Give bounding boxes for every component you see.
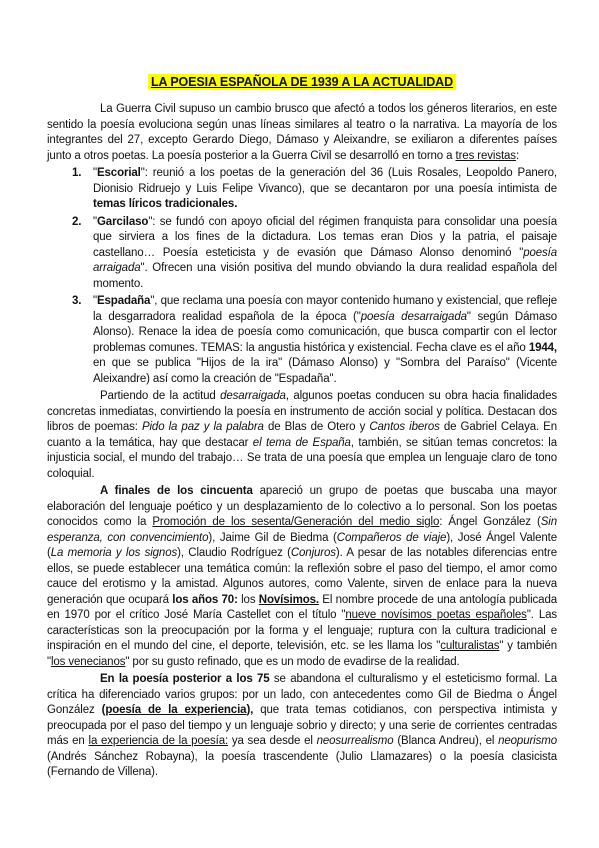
paragraph: Partiendo de la actitud desarraigada, al… [47, 389, 557, 482]
text-run: ), Jaime Gil de Biedma ( [208, 532, 336, 544]
text-run: Promoción de los sesenta/Generación del … [152, 516, 439, 528]
text-run: Compañeros de viaje [337, 532, 447, 544]
paragraph: A finales de los cincuenta apareció un g… [47, 484, 557, 670]
list-number: 3. [72, 294, 81, 310]
list-item: 3."Espadaña", que reclama una poesía con… [47, 294, 557, 387]
text-run: Partiendo de la actitud [100, 390, 220, 402]
document-title: LA POESIA ESPAÑOLA DE 1939 A LA ACTUALID… [47, 74, 557, 90]
text-run: ": se fundó con apoyo oficial del régime… [93, 216, 557, 259]
list-item: 2."Garcilaso": se fundó con apoyo oficia… [47, 215, 557, 293]
text-run: : Ángel González ( [439, 516, 541, 528]
document-body: La Guerra Civil supuso un cambio brusco … [47, 102, 557, 781]
text-run: desarraigada [220, 390, 286, 402]
text-run: los venecianos [51, 656, 125, 668]
text-run: Novísimos. [259, 594, 319, 606]
text-run: el tema de España [253, 437, 351, 449]
document-content: LA POESIA ESPAÑOLA DE 1939 A LA ACTUALID… [47, 74, 557, 783]
text-run: En la poesía posterior a los 75 [100, 673, 270, 685]
text-run: nueve novísimos poetas españoles [345, 609, 526, 621]
text-run: tres revistas [456, 150, 516, 162]
list-number: 1. [72, 166, 81, 182]
text-run: de Blas de Otero y [264, 421, 370, 433]
document-page: LA POESIA ESPAÑOLA DE 1939 A LA ACTUALID… [0, 0, 599, 848]
text-run: (Blanca Andreu), el [394, 735, 499, 747]
text-run: Espadaña [97, 295, 150, 307]
text-run: La memoria y los signos [51, 547, 177, 559]
text-run: " por su gusto refinado, que es un modo … [125, 656, 459, 668]
text-run: ya sea desde el [228, 735, 317, 747]
text-run: Conjuros [291, 547, 336, 559]
document-title-text: LA POESIA ESPAÑOLA DE 1939 A LA ACTUALID… [148, 74, 456, 90]
text-run: culturalistas [440, 640, 499, 652]
text-run: (Andrés Sánchez Robayna), la poesía tras… [47, 751, 557, 779]
text-run: neosurrealismo [317, 735, 394, 747]
list-item: 1."Escorial": reunió a los poetas de la … [47, 166, 557, 213]
text-run: ". Ofrecen una visión positiva del mundo… [93, 262, 557, 290]
paragraph: En la poesía posterior a los 75 se aband… [47, 672, 557, 781]
text-run: 1944, [529, 342, 557, 354]
text-run: : [516, 150, 519, 162]
text-run: los años 70: [172, 594, 238, 606]
text-run: Cantos iberos [369, 421, 439, 433]
text-run: la experiencia de la poesía: [89, 735, 229, 747]
text-run: Escorial [97, 167, 141, 179]
text-run: A finales de los cincuenta [100, 485, 253, 497]
text-run: poesía de la experiencia [105, 704, 246, 716]
text-run: Pido la paz y la palabra [142, 421, 264, 433]
list-number: 2. [72, 215, 81, 231]
text-run: los [238, 594, 259, 606]
text-run: en que se publica "Hijos de la ira" (Dám… [93, 357, 557, 385]
text-run: neopurismo [498, 735, 557, 747]
text-run: Garcilaso [97, 216, 148, 228]
text-run: ": reunió a los poetas de la generación … [93, 167, 557, 195]
text-run: ), Claudio Rodríguez ( [177, 547, 291, 559]
text-run: temas líricos tradicionales. [93, 198, 237, 210]
paragraph: La Guerra Civil supuso un cambio brusco … [47, 102, 557, 164]
text-run: poesía desarraigada [361, 311, 467, 323]
